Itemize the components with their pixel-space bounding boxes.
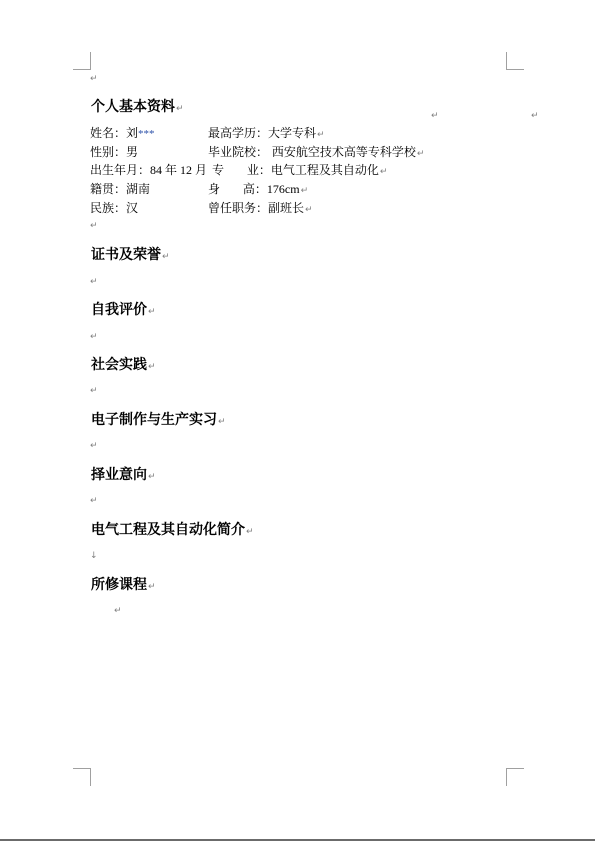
- paragraph-mark-icon: ↵: [218, 417, 226, 427]
- paragraph-mark-icon: ↵: [90, 277, 98, 287]
- info-major: 专 业：电气工程及其自动化↵: [212, 163, 387, 179]
- page-corner-mark-bottom-right: [506, 768, 524, 786]
- heading-self-evaluation[interactable]: 自我评价↵: [91, 302, 156, 320]
- info-name: 姓名：刘***: [90, 126, 155, 141]
- paragraph-mark-icon: ↵: [317, 130, 325, 140]
- empty-paragraph[interactable]: ↵: [90, 386, 98, 396]
- page-corner-mark-bottom-left: [73, 768, 91, 786]
- page-corner-mark-top-left: [73, 52, 91, 70]
- heading-text: 所修课程: [91, 577, 147, 593]
- heading-text: 择业意向: [91, 467, 147, 483]
- paragraph-mark-icon: ↵: [301, 186, 309, 196]
- info-origin: 籍贯：湖南: [90, 182, 150, 196]
- info-position: 曾任职务：副班长↵: [208, 201, 313, 217]
- paragraph-mark-icon: ↵: [90, 386, 98, 396]
- heading-text: 社会实践: [91, 357, 147, 373]
- info-gender: 性别：男: [90, 145, 138, 159]
- heading-certificates[interactable]: 证书及荣誉↵: [91, 247, 170, 265]
- info-birth: 出生年月：84 年 12 月: [90, 163, 207, 177]
- paragraph-mark-icon: ↵: [246, 527, 254, 537]
- paragraph-mark-icon: ↵: [148, 472, 156, 482]
- paragraph-mark-icon: ↵: [162, 252, 170, 262]
- paragraph-mark-icon: ↵: [90, 221, 98, 231]
- empty-line-break[interactable]: ↓: [90, 551, 98, 561]
- info-school: 毕业院校： 西安航空技术高等专科学校↵: [208, 145, 424, 161]
- heading-text: 电气工程及其自动化简介: [91, 522, 245, 538]
- info-row-birth[interactable]: 出生年月：84 年 12 月 专 业：电气工程及其自动化↵: [90, 163, 490, 177]
- info-row-gender[interactable]: 性别：男 毕业院校： 西安航空技术高等专科学校↵: [90, 145, 490, 159]
- heading-text: 电子制作与生产实习: [91, 412, 217, 428]
- info-row-ethnicity[interactable]: 民族：汉 曾任职务：副班长↵: [90, 201, 490, 215]
- paragraph-mark-icon: ↵: [90, 332, 98, 342]
- empty-paragraph[interactable]: ↵: [114, 606, 122, 616]
- heading-social-practice[interactable]: 社会实践↵: [91, 357, 156, 375]
- paragraph-mark-icon: ↵: [114, 606, 122, 616]
- paragraph-mark-icon: ↵: [305, 205, 313, 215]
- page-corner-mark-top-right: [506, 52, 524, 70]
- paragraph-mark-icon: ↵: [417, 149, 425, 159]
- heading-electronics-practice[interactable]: 电子制作与生产实习↵: [91, 412, 226, 430]
- empty-paragraph[interactable]: ↵: [90, 441, 98, 451]
- heading-major-intro[interactable]: 电气工程及其自动化简介↵: [91, 522, 254, 540]
- info-row-origin[interactable]: 籍贯：湖南 身 高：176cm↵: [90, 182, 490, 196]
- heading-text: 自我评价: [91, 302, 147, 318]
- paragraph-mark-icon: ↵: [90, 441, 98, 451]
- info-ethnicity: 民族：汉: [90, 201, 138, 215]
- empty-paragraph[interactable]: ↵: [90, 221, 98, 231]
- paragraph-mark-icon: ↵: [431, 111, 439, 121]
- paragraph-mark-icon: ↵: [380, 167, 388, 177]
- heading-courses[interactable]: 所修课程↵: [91, 577, 156, 595]
- paragraph-mark-icon: ↵: [148, 307, 156, 317]
- paragraph-mark-icon: ↵: [176, 104, 184, 114]
- empty-paragraph[interactable]: ↵: [90, 496, 98, 506]
- paragraph-mark-icon: ↵: [531, 111, 539, 121]
- paragraph-mark-icon: ↵: [90, 74, 98, 84]
- heading-text: 个人基本资料: [91, 99, 175, 115]
- paragraph-mark-icon: ↵: [148, 582, 156, 592]
- info-height: 身 高：176cm↵: [208, 182, 308, 198]
- empty-paragraph[interactable]: ↵: [90, 277, 98, 287]
- info-row-name[interactable]: 姓名：刘*** 最高学历：大学专科↵: [90, 126, 490, 140]
- empty-paragraph[interactable]: ↵: [90, 332, 98, 342]
- heading-text: 证书及荣誉: [91, 247, 161, 263]
- heading-personal-info[interactable]: 个人基本资料↵: [91, 99, 184, 117]
- paragraph-mark-icon: ↵: [90, 496, 98, 506]
- info-education: 最高学历：大学专科↵: [208, 126, 325, 142]
- heading-career-intention[interactable]: 择业意向↵: [91, 467, 156, 485]
- line-break-mark-icon: ↓: [90, 551, 98, 561]
- empty-paragraph[interactable]: ↵: [90, 74, 98, 84]
- paragraph-mark-icon: ↵: [148, 362, 156, 372]
